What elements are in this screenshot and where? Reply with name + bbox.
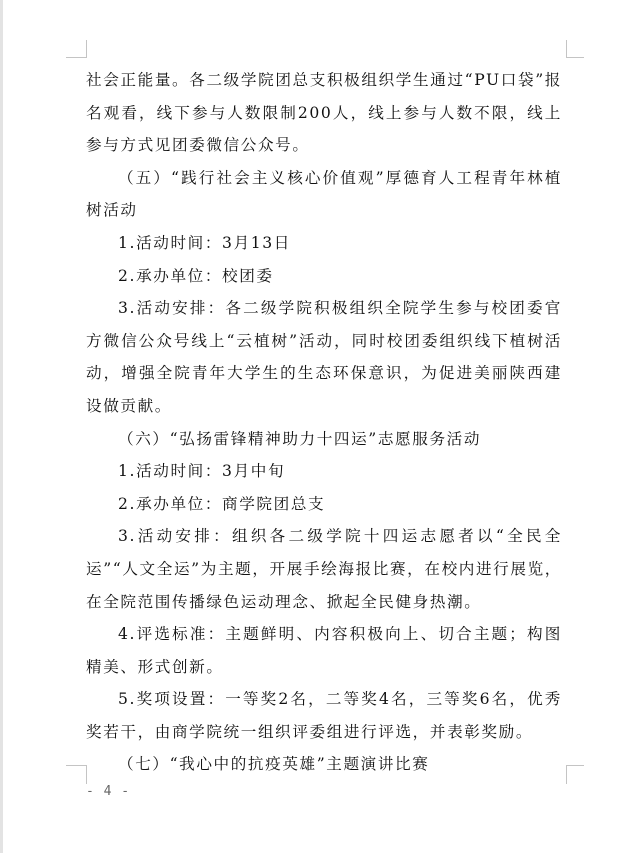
- list-item: 2.承办单位：校团委: [86, 260, 562, 293]
- margin-mark-bottom-right: [566, 765, 584, 784]
- list-item: 4.评选标准：主题鲜明、内容积极向上、切合主题；构图精美、形式创新。: [86, 618, 562, 683]
- document-body[interactable]: 社会正能量。各二级学院团总支积极组织学生通过“PU口袋”报名观看，线下参与人数限…: [86, 64, 562, 781]
- window-edge: [0, 0, 3, 853]
- section-heading-6: （六）“弘扬雷锋精神助力十四运”志愿服务活动: [86, 423, 562, 456]
- page-number: - 4 -: [86, 784, 130, 799]
- list-item: 5.奖项设置：一等奖2名，二等奖4名，三等奖6名，优秀奖若干，由商学院统一组织评…: [86, 683, 562, 748]
- margin-mark-top-right: [566, 40, 584, 58]
- section-heading-7: （七）“我心中的抗疫英雄”主题演讲比赛: [86, 748, 562, 781]
- list-item: 1.活动时间：3月中旬: [86, 455, 562, 488]
- margin-mark-top-left: [66, 40, 87, 58]
- list-item: 3.活动安排：组织各二级学院十四运志愿者以“全民全运”“人文全运”为主题，开展手…: [86, 520, 562, 618]
- margin-mark-bottom-left: [66, 765, 87, 784]
- section-heading-5: （五）“践行社会主义核心价值观”厚德育人工程青年林植树活动: [86, 162, 562, 227]
- list-item: 1.活动时间：3月13日: [86, 227, 562, 260]
- paragraph-continuation: 社会正能量。各二级学院团总支积极组织学生通过“PU口袋”报名观看，线下参与人数限…: [86, 64, 562, 162]
- list-item: 2.承办单位：商学院团总支: [86, 488, 562, 521]
- list-item: 3.活动安排：各二级学院积极组织全院学生参与校团委官方微信公众号线上“云植树”活…: [86, 292, 562, 422]
